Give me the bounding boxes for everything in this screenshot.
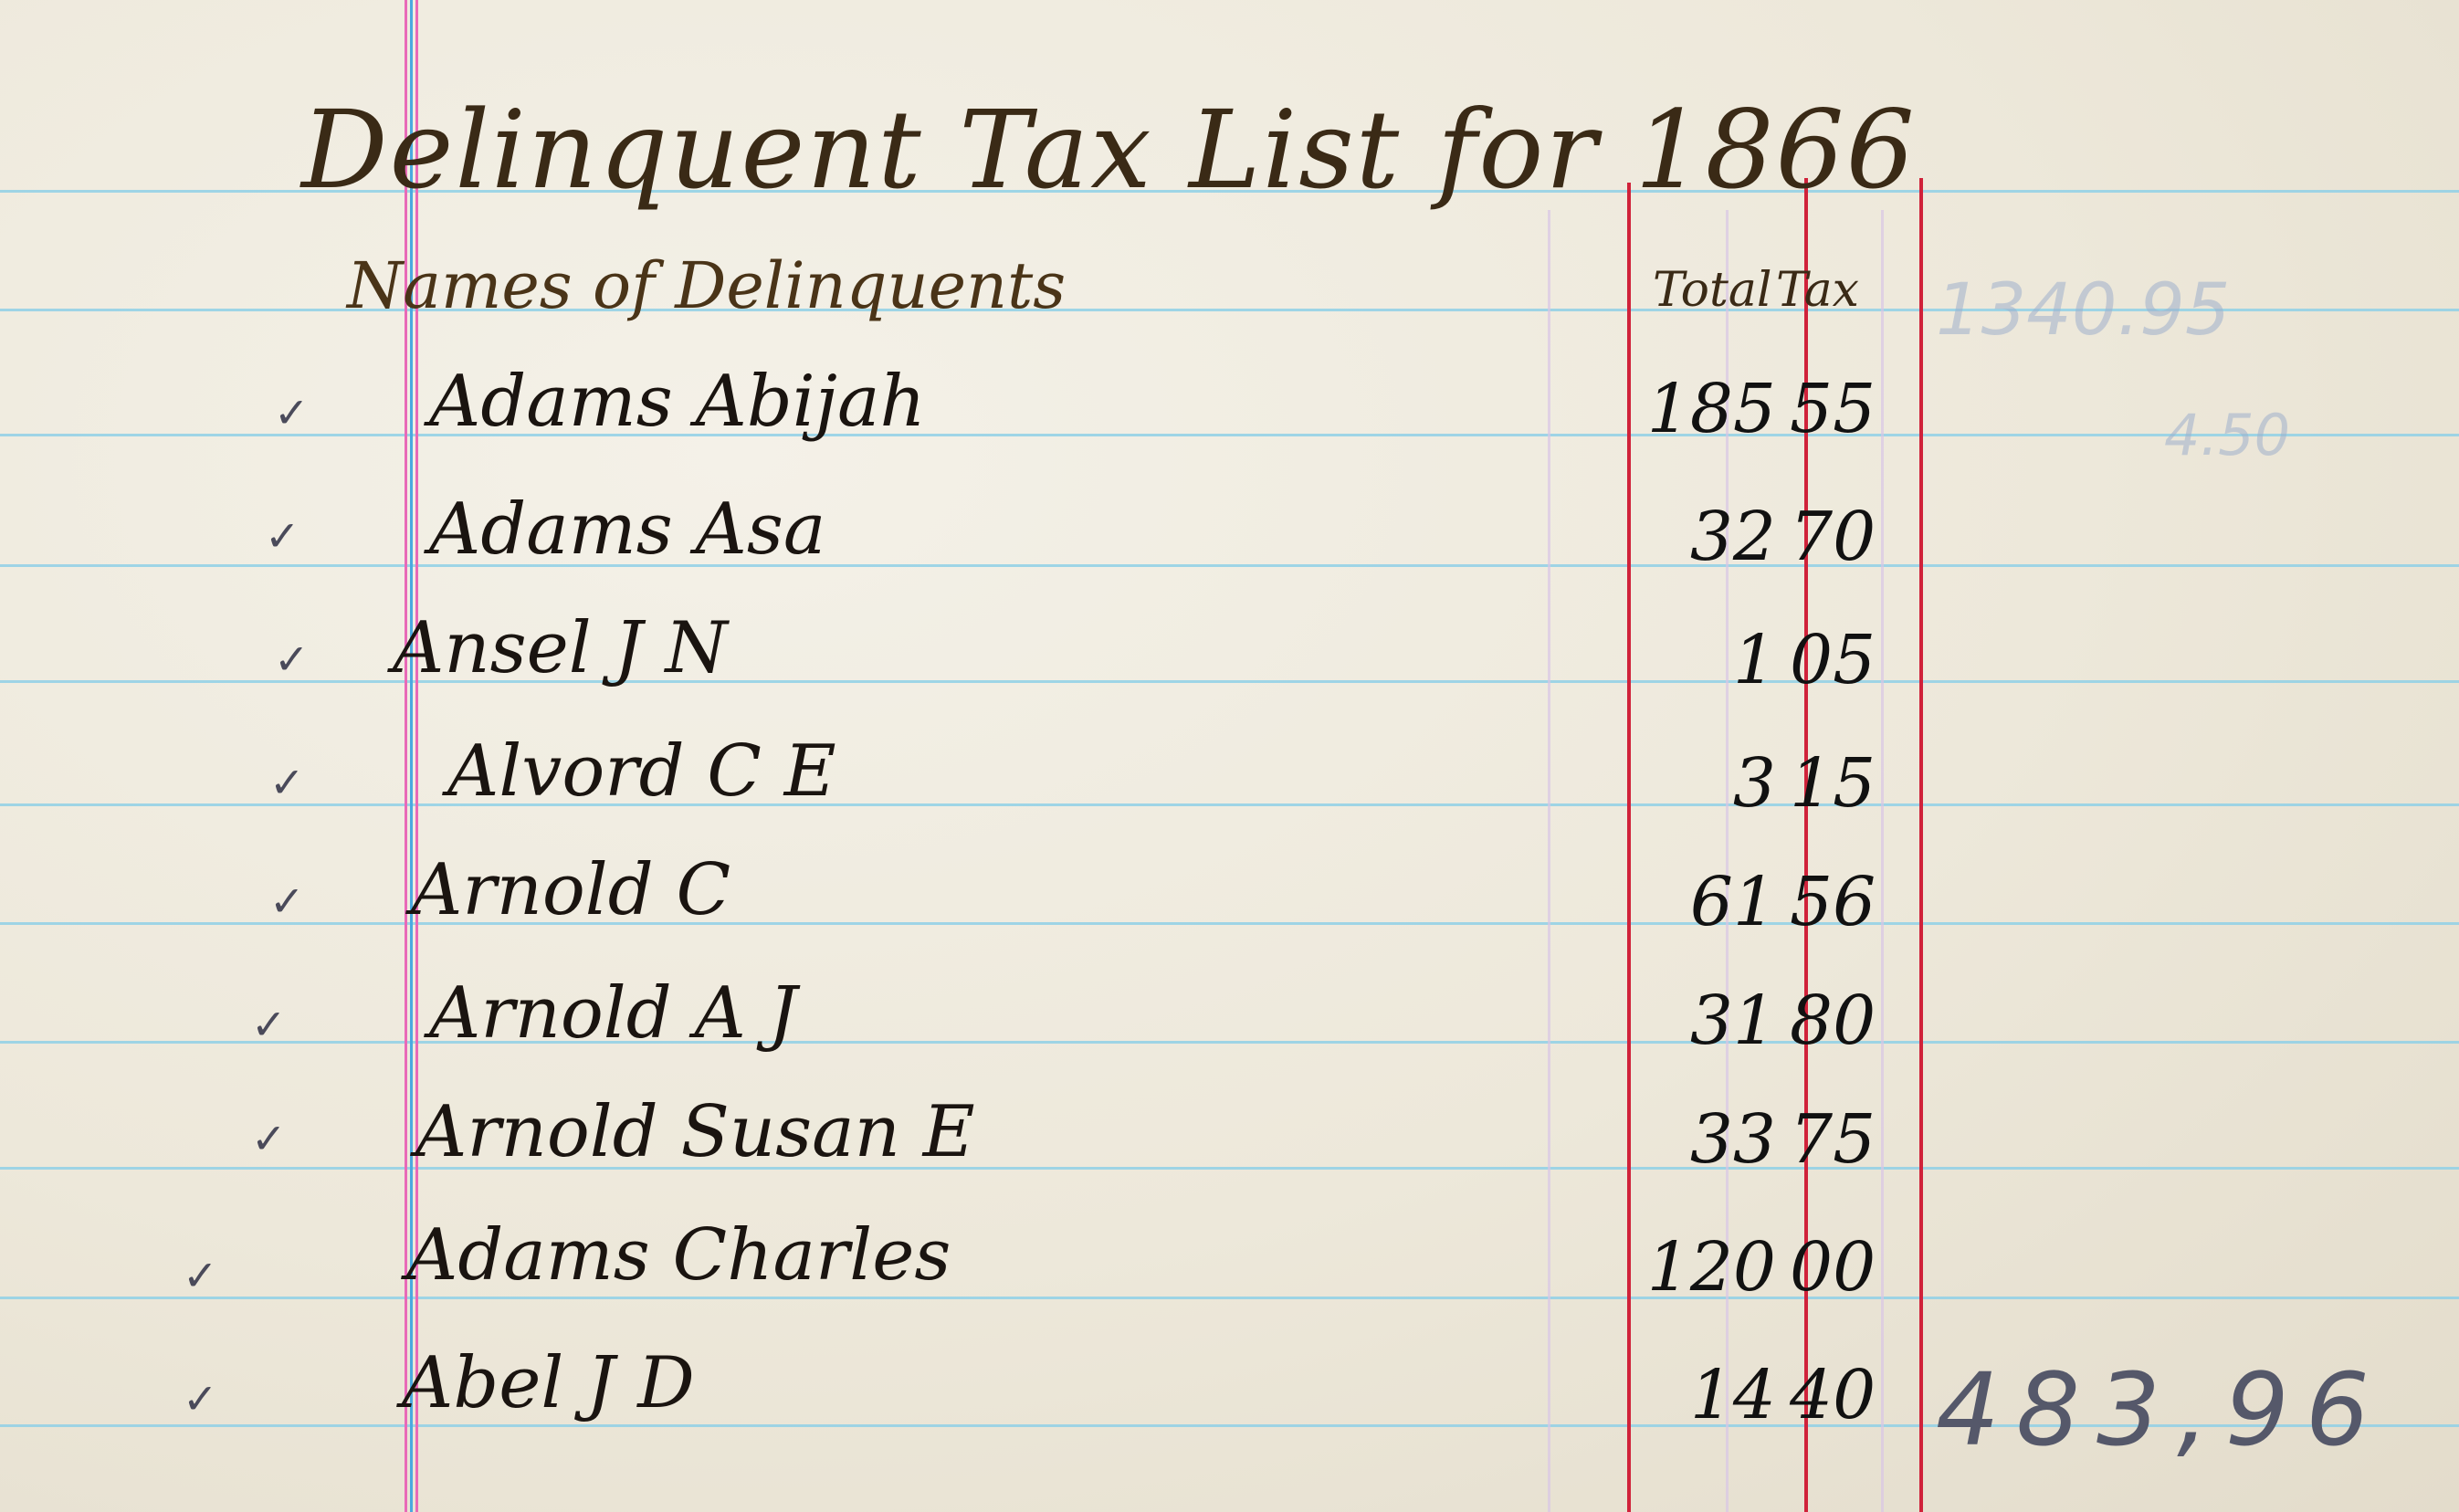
check-mark-icon: ✓ (251, 1114, 287, 1163)
amount-dollars: 120 (1621, 1228, 1776, 1307)
amount-cents: 40 (1790, 1356, 1908, 1434)
amount-cents: 55 (1790, 370, 1908, 448)
amount-dollars: 61 (1621, 863, 1776, 941)
amount-cents: 56 (1790, 863, 1908, 941)
ruled-line (0, 564, 2459, 567)
amount-dollars: 32 (1621, 498, 1776, 576)
ruled-line (0, 922, 2459, 925)
check-mark-icon: ✓ (251, 1000, 287, 1049)
check-mark-icon: ✓ (183, 1251, 218, 1300)
check-mark-icon: ✓ (269, 758, 305, 807)
delinquent-name: Arnold Susan E (415, 1091, 975, 1173)
check-mark-icon: ✓ (274, 635, 310, 684)
amount-cents: 70 (1790, 498, 1908, 576)
ruled-line (0, 434, 2459, 436)
amount-dollars: 31 (1621, 982, 1776, 1060)
ruled-line (0, 1167, 2459, 1170)
delinquent-name: Alvord C E (447, 730, 836, 813)
amount-dollars: 1 (1621, 621, 1776, 699)
check-mark-icon: ✓ (183, 1374, 218, 1423)
delinquent-name: Adams Asa (429, 488, 825, 571)
amount-cents: 15 (1790, 744, 1908, 823)
header-total: Total (1653, 263, 1771, 318)
delinquent-name: Adams Charles (406, 1214, 951, 1297)
amount-cents: 00 (1790, 1228, 1908, 1307)
amount-cents: 05 (1790, 621, 1908, 699)
amount-dollars: 185 (1621, 370, 1776, 448)
ruled-line (0, 1297, 2459, 1299)
check-mark-icon: ✓ (274, 388, 310, 437)
page-title: Delinquent Tax List for 1866 (301, 87, 1917, 213)
delinquent-name: Ansel J N (393, 607, 728, 689)
bleed-through-number: 1340.95 (1936, 269, 2231, 352)
header-names: Names of Delinquents (347, 248, 1066, 323)
delinquent-name: Abel J D (402, 1342, 695, 1424)
ruled-line (0, 1041, 2459, 1044)
amount-dollars: 14 (1621, 1356, 1776, 1434)
delinquent-name: Arnold C (411, 849, 730, 931)
column-line-red (1919, 178, 1923, 1512)
amount-cents: 80 (1790, 982, 1908, 1060)
delinquent-name: Adams Abijah (429, 361, 926, 443)
ruled-line (0, 680, 2459, 683)
amount-dollars: 33 (1621, 1100, 1776, 1179)
ruled-line (0, 803, 2459, 806)
ledger-page: 1340.95 4.50 Delinquent Tax List for 186… (0, 0, 2459, 1512)
column-guide (1548, 210, 1550, 1512)
amount-dollars: 3 (1621, 744, 1776, 823)
pencil-total: 483,96 (1936, 1351, 2386, 1468)
amount-cents: 75 (1790, 1100, 1908, 1179)
bleed-through-number: 4.50 (2164, 402, 2290, 468)
delinquent-name: Arnold A J (429, 972, 797, 1055)
check-mark-icon: ✓ (265, 511, 300, 561)
check-mark-icon: ✓ (269, 877, 305, 926)
header-tax: Tax (1776, 263, 1859, 318)
